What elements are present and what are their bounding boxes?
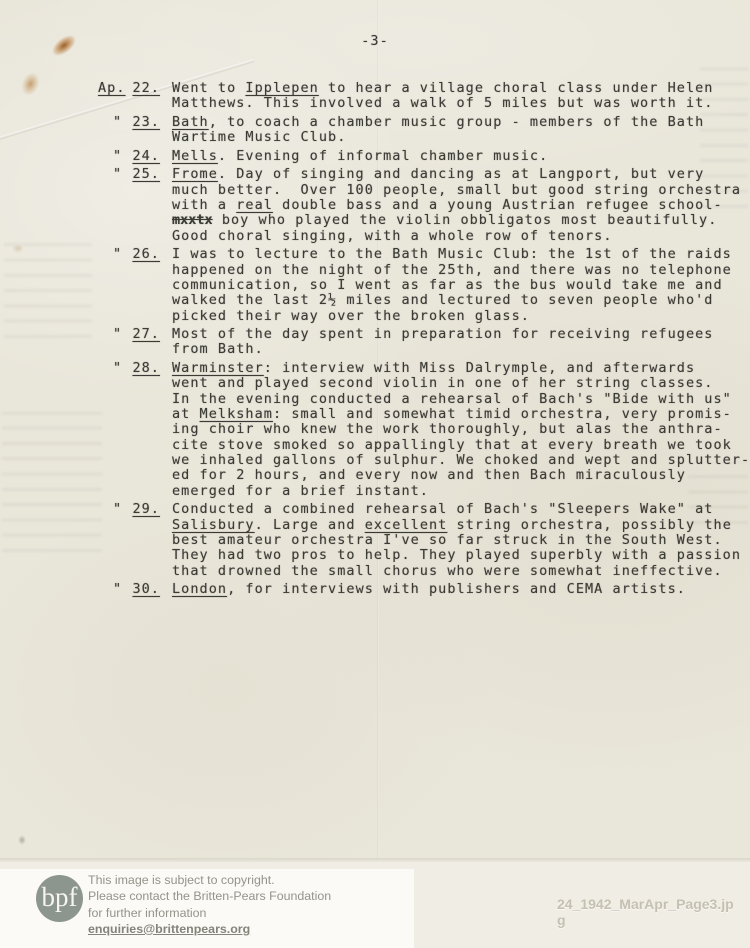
copyright-line: Please contact the Britten-Pears Foundat… — [88, 888, 331, 904]
entry-text-line: Wartime Music Club. — [172, 130, 750, 145]
diary-entry: "25.Frome. Day of singing and dancing as… — [0, 167, 750, 244]
copyright-line: This image is subject to copyright. — [88, 872, 331, 888]
diary-entry: "30.London, for interviews with publishe… — [0, 582, 750, 597]
day-number: 24. — [132, 149, 160, 164]
ditto-mark: " — [113, 167, 122, 182]
entry-date-label: "27. — [98, 327, 160, 342]
entry-text: I was to lecture to the Bath Music Club:… — [172, 247, 750, 324]
diary-entry: "23.Bath, to coach a chamber music group… — [0, 115, 750, 146]
entry-text-line: They had two pros to help. They played s… — [172, 548, 750, 563]
copyright-line: for further information — [88, 905, 331, 921]
entry-text-line: much better. Over 100 people, small but … — [172, 183, 750, 198]
diary-entry: "26.I was to lecture to the Bath Music C… — [0, 247, 750, 324]
scanned-document-page: -3- Ap.22.Went to Ipplepen to hear a vil… — [0, 0, 750, 948]
copyright-notice-box: bpf This image is subject to copyright. … — [0, 869, 414, 948]
entry-text: Went to Ipplepen to hear a village chora… — [172, 81, 750, 112]
ditto-mark: " — [113, 327, 122, 342]
day-number: 22. — [132, 81, 160, 96]
ditto-mark: " — [113, 247, 122, 262]
filename-line: 24_1942_MarApr_Page3.jp — [557, 896, 747, 912]
entry-text-line: Conducted a combined rehearsal of Bach's… — [172, 502, 750, 517]
entry-text-line: Mells. Evening of informal chamber music… — [172, 149, 750, 164]
entry-text-line: best amateur orchestra I've so far struc… — [172, 533, 750, 548]
entry-text: Conducted a combined rehearsal of Bach's… — [172, 502, 750, 579]
ditto-mark: " — [113, 115, 122, 130]
day-number: 26. — [132, 247, 160, 262]
entry-text-line: cite stove smoked so appallingly that at… — [172, 438, 750, 453]
paper-speck — [18, 835, 26, 845]
diary-entry: "24.Mells. Evening of informal chamber m… — [0, 149, 750, 164]
entry-text-line: ing choir who knew the work thoroughly, … — [172, 422, 750, 437]
diary-entry: "29.Conducted a combined rehearsal of Ba… — [0, 502, 750, 579]
bpf-foundation-logo: bpf — [36, 875, 83, 922]
diary-entries-list: Ap.22.Went to Ipplepen to hear a village… — [0, 81, 750, 601]
ditto-mark: " — [113, 149, 122, 164]
entry-date-label: "26. — [98, 247, 160, 262]
entry-text-line: communication, so I went as far as the b… — [172, 278, 750, 293]
ditto-mark: " — [113, 502, 122, 517]
entry-text-line: with a real double bass and a young Aust… — [172, 198, 750, 213]
entry-text-line: went and played second violin in one of … — [172, 376, 750, 391]
entry-date-label: "23. — [98, 115, 160, 130]
entry-text-line: picked their way over the broken glass. — [172, 309, 750, 324]
bpf-logo-text: bpf — [42, 882, 78, 913]
page-number: -3- — [0, 33, 750, 49]
entry-date-label: "30. — [98, 582, 160, 597]
entry-text-line: Good choral singing, with a whole row of… — [172, 229, 750, 244]
entry-text-line: mxxtx boy who played the violin obbligat… — [172, 213, 750, 228]
filename-line: g — [557, 912, 747, 928]
day-number: 25. — [132, 167, 160, 182]
entry-date-label: "28. — [98, 361, 160, 376]
ditto-mark: " — [113, 582, 122, 597]
entry-text: London, for interviews with publishers a… — [172, 582, 750, 597]
month-abbreviation: Ap. — [98, 81, 126, 96]
entry-text: Mells. Evening of informal chamber music… — [172, 149, 750, 164]
entry-text-line: that drowned the small chorus who were s… — [172, 564, 750, 579]
entry-text-line: walked the last 2½ miles and lectured to… — [172, 293, 750, 308]
entry-date-label: "24. — [98, 149, 160, 164]
entry-text: Frome. Day of singing and dancing as at … — [172, 167, 750, 244]
entry-text-line: emerged for a brief instant. — [172, 484, 750, 499]
entry-text: Bath, to coach a chamber music group - m… — [172, 115, 750, 146]
entry-text-line: Frome. Day of singing and dancing as at … — [172, 167, 750, 182]
entry-text-line: from Bath. — [172, 342, 750, 357]
entry-text-line: Warminster: interview with Miss Dalrympl… — [172, 361, 750, 376]
entry-text-line: London, for interviews with publishers a… — [172, 582, 750, 597]
entry-date-label: "25. — [98, 167, 160, 182]
day-number: 23. — [132, 115, 160, 130]
contact-email-link[interactable]: enquiries@brittenpears.org — [88, 921, 331, 937]
entry-text-line: Matthews. This involved a walk of 5 mile… — [172, 96, 750, 111]
filename-watermark: 24_1942_MarApr_Page3.jp g — [557, 896, 747, 928]
entry-text: Most of the day spent in preparation for… — [172, 327, 750, 358]
day-number: 28. — [132, 361, 160, 376]
entry-text-line: ed for 2 hours, and every now and then B… — [172, 468, 750, 483]
entry-text-line: happened on the night of the 25th, and t… — [172, 263, 750, 278]
day-number: 30. — [132, 582, 160, 597]
day-number: 29. — [132, 502, 160, 517]
entry-text-line: In the evening conducted a rehearsal of … — [172, 392, 750, 407]
entry-date-label: "29. — [98, 502, 160, 517]
entry-date-label: Ap.22. — [98, 81, 160, 96]
day-number: 27. — [132, 327, 160, 342]
diary-entry: Ap.22.Went to Ipplepen to hear a village… — [0, 81, 750, 112]
entry-text-line: Salisbury. Large and excellent string or… — [172, 518, 750, 533]
ditto-mark: " — [113, 361, 122, 376]
diary-entry: "28.Warminster: interview with Miss Dalr… — [0, 361, 750, 499]
entry-text-line: Bath, to coach a chamber music group - m… — [172, 115, 750, 130]
diary-entry: "27.Most of the day spent in preparation… — [0, 327, 750, 358]
entry-text-line: I was to lecture to the Bath Music Club:… — [172, 247, 750, 262]
entry-text: Warminster: interview with Miss Dalrympl… — [172, 361, 750, 499]
